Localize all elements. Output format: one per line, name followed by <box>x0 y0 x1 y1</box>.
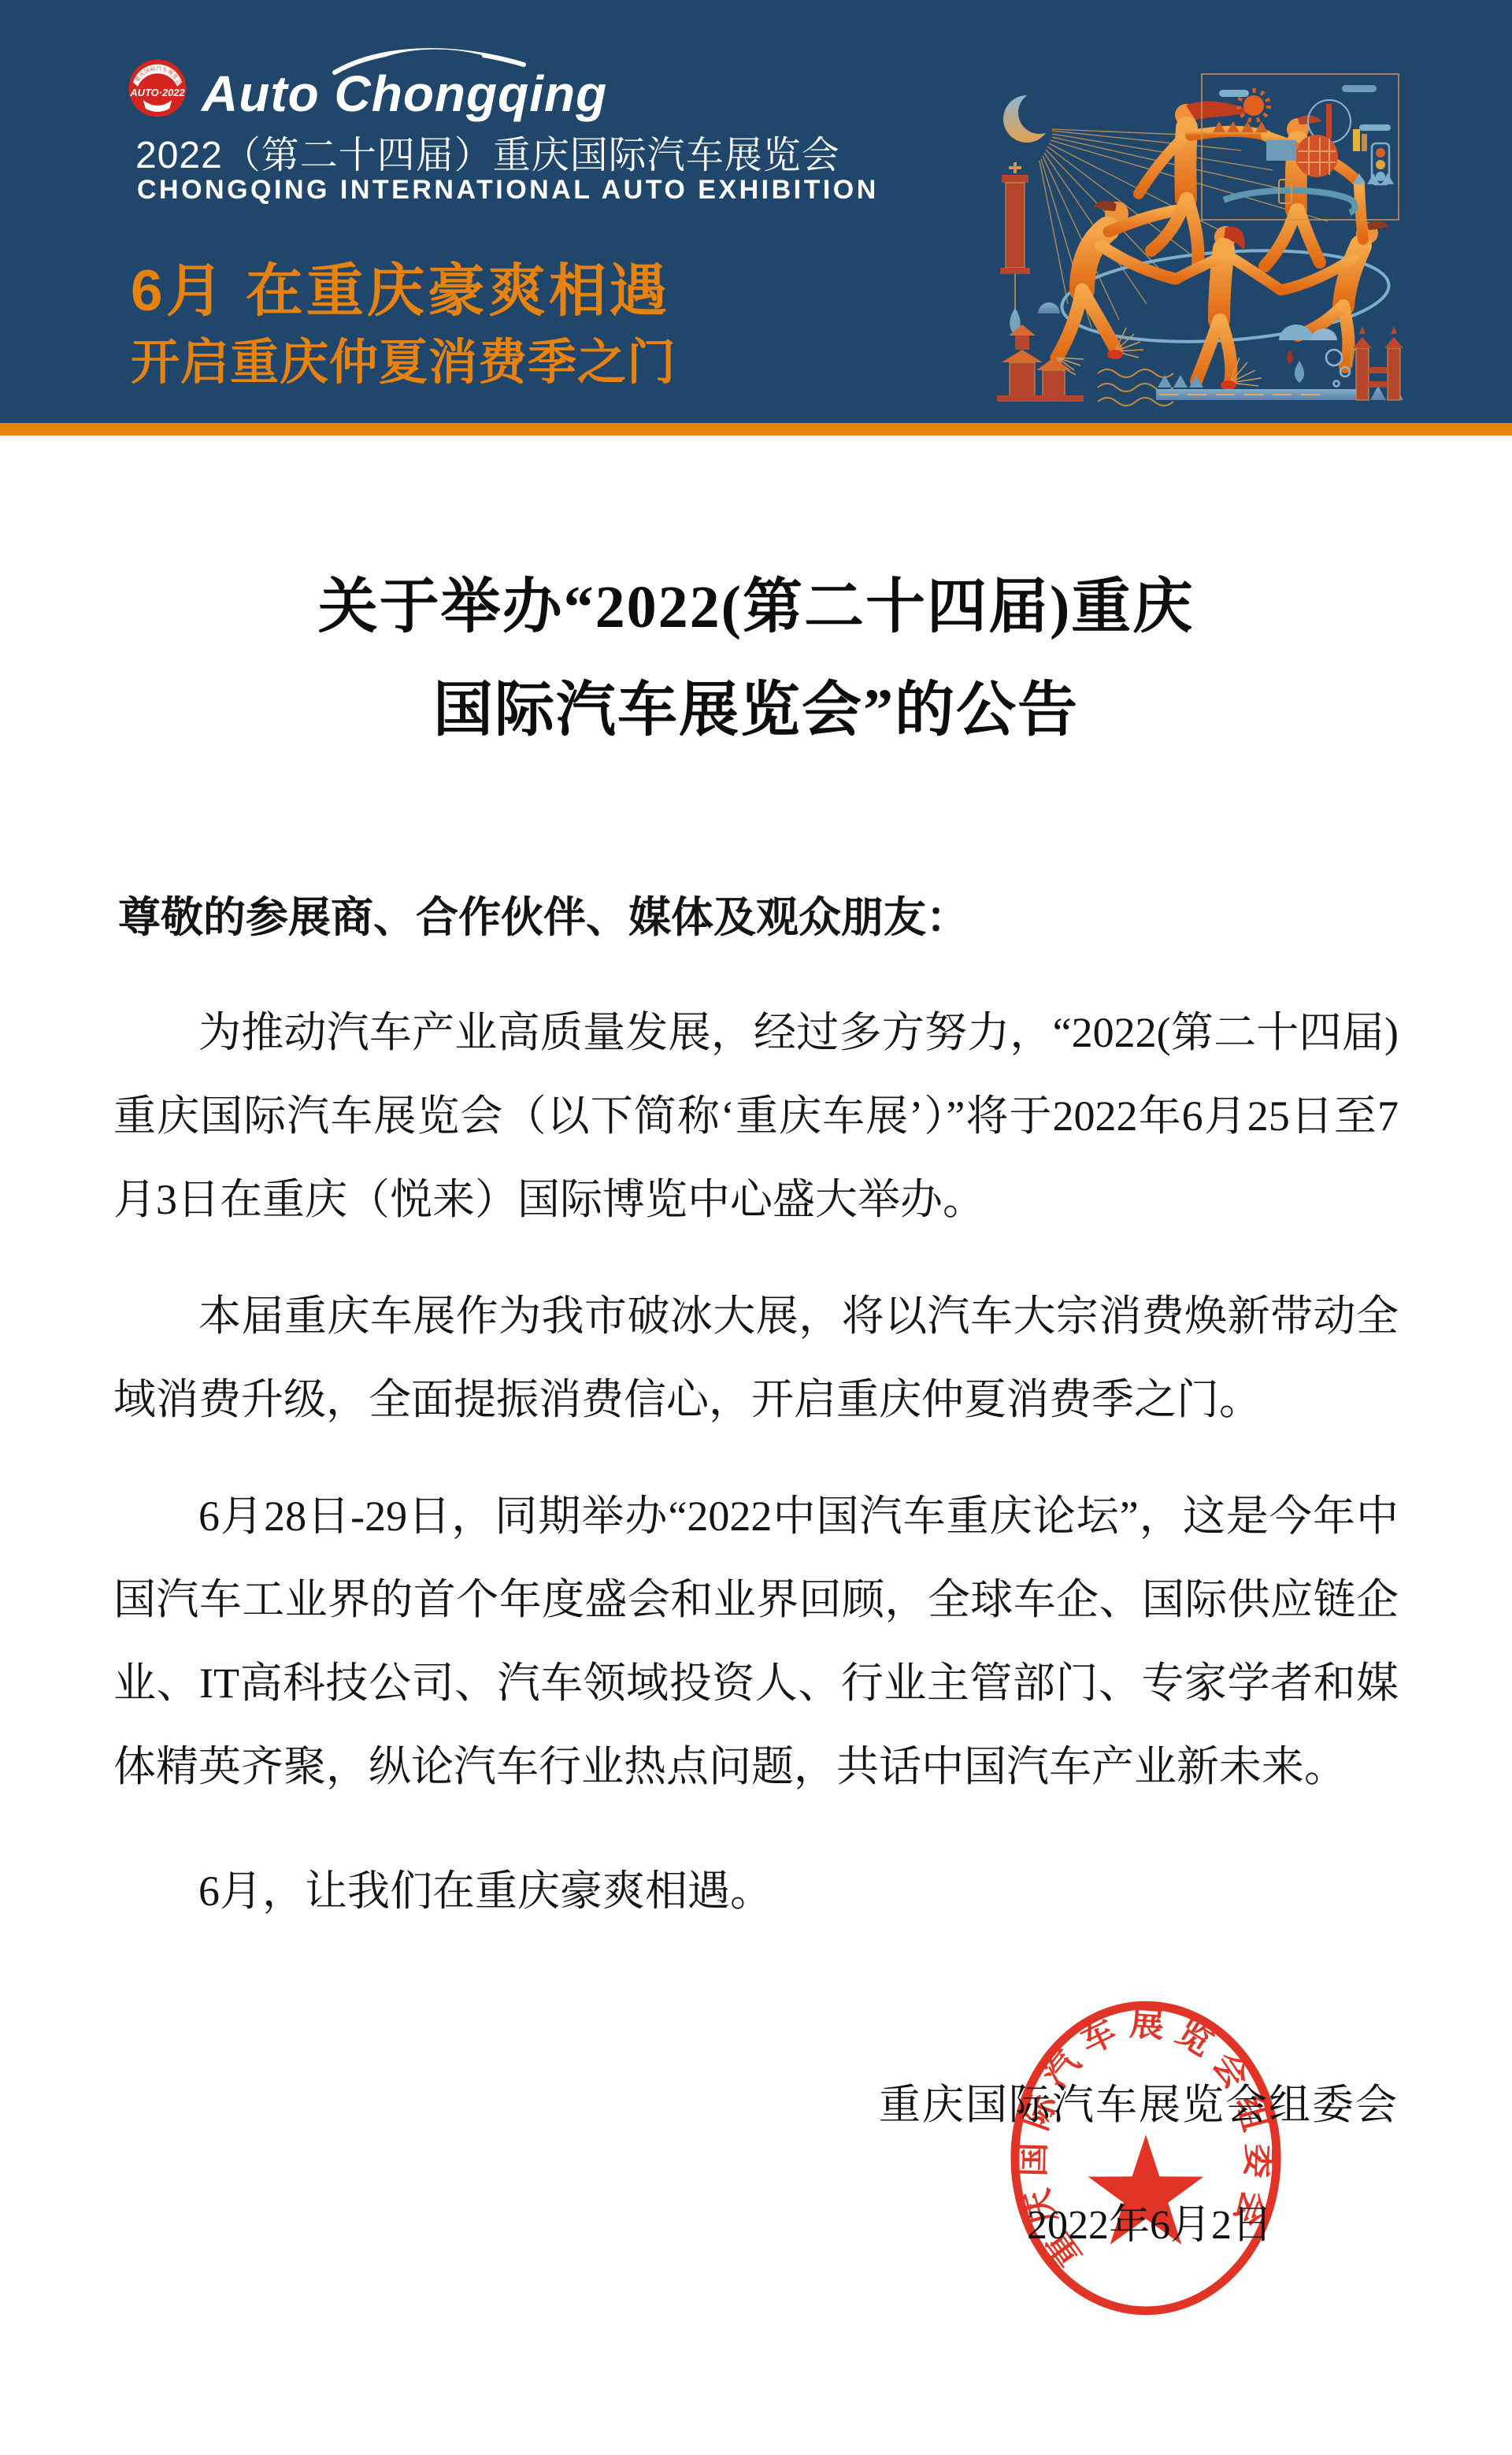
cloud-icon <box>1359 124 1391 131</box>
announcement-body: 尊敬的参展商、合作伙伴、媒体及观众朋友： 为推动汽车产业高质量发展，经过多方努力… <box>113 876 1399 1933</box>
hotpot-icon <box>1295 135 1338 177</box>
building-icon <box>1353 129 1360 151</box>
building-icon <box>1266 140 1296 161</box>
paragraph-3: 6月28日-29日，同期举办“2022中国汽车重庆论坛”，这是今年中国汽车工业界… <box>113 1474 1399 1808</box>
official-seal: 重庆国际汽车展览会组委会 <box>1006 1995 1286 2321</box>
header-title-en: CHONGQING INTERNATIONAL AUTO EXHIBITION <box>137 175 879 206</box>
announcement-page: 重庆国际汽车展览会 AUTO·2022 Auto Chongqing 2022（… <box>0 0 1512 2455</box>
dancing-figures <box>1057 101 1389 383</box>
announcement-title-line2: 国际汽车展览会”的公告 <box>0 659 1512 762</box>
dancers-illustration <box>989 36 1406 406</box>
paragraph-1: 为推动汽车产业高质量发展，经过多方努力，“2022(第二十四届)重庆国际汽车展览… <box>113 991 1399 1241</box>
building-icon <box>1362 134 1367 151</box>
signature-date: 2022年6月2日 <box>1016 2191 1284 2250</box>
header-slogan-line1: 6月 在重庆豪爽相遇 <box>131 244 670 327</box>
header-slogan-line2: 开启重庆仲夏消费季之门 <box>131 323 676 393</box>
paragraph-2: 本届重庆车展作为我市破冰大展，将以汽车大宗消费焕新带动全域消费升级，全面提振消费… <box>113 1274 1399 1441</box>
auto-chongqing-logo-icon: 重庆国际汽车展览会 AUTO·2022 <box>128 58 187 118</box>
logo-center-text: AUTO·2022 <box>129 87 185 98</box>
car-swoosh-icon <box>331 41 528 77</box>
dancer-left <box>1057 201 1183 358</box>
header-title-cn: 2022（第二十四届）重庆国际汽车展览会 <box>135 124 840 179</box>
rain-cloud-icon <box>1279 324 1337 383</box>
signature-org: 重庆国际汽车展览会组委会 <box>879 2071 1399 2131</box>
cloud-icon <box>1219 90 1249 97</box>
cloud-icon <box>1342 85 1377 92</box>
header-banner: 重庆国际汽车展览会 AUTO·2022 Auto Chongqing 2022（… <box>0 0 1512 423</box>
salutation: 尊敬的参展商、合作伙伴、媒体及观众朋友： <box>118 876 1399 959</box>
monument-icon <box>1000 162 1030 336</box>
tower-icon <box>1326 104 1332 139</box>
accent-divider-bar <box>0 423 1512 436</box>
moon-icon <box>1003 91 1061 143</box>
mountains-icon <box>1158 375 1203 388</box>
closing-line: 6月，让我们在重庆豪爽相遇。 <box>113 1849 1399 1933</box>
announcement-title-line1: 关于举办“2022(第二十四届)重庆 <box>0 556 1512 659</box>
announcement-title: 关于举办“2022(第二十四届)重庆 国际汽车展览会”的公告 <box>0 556 1512 762</box>
